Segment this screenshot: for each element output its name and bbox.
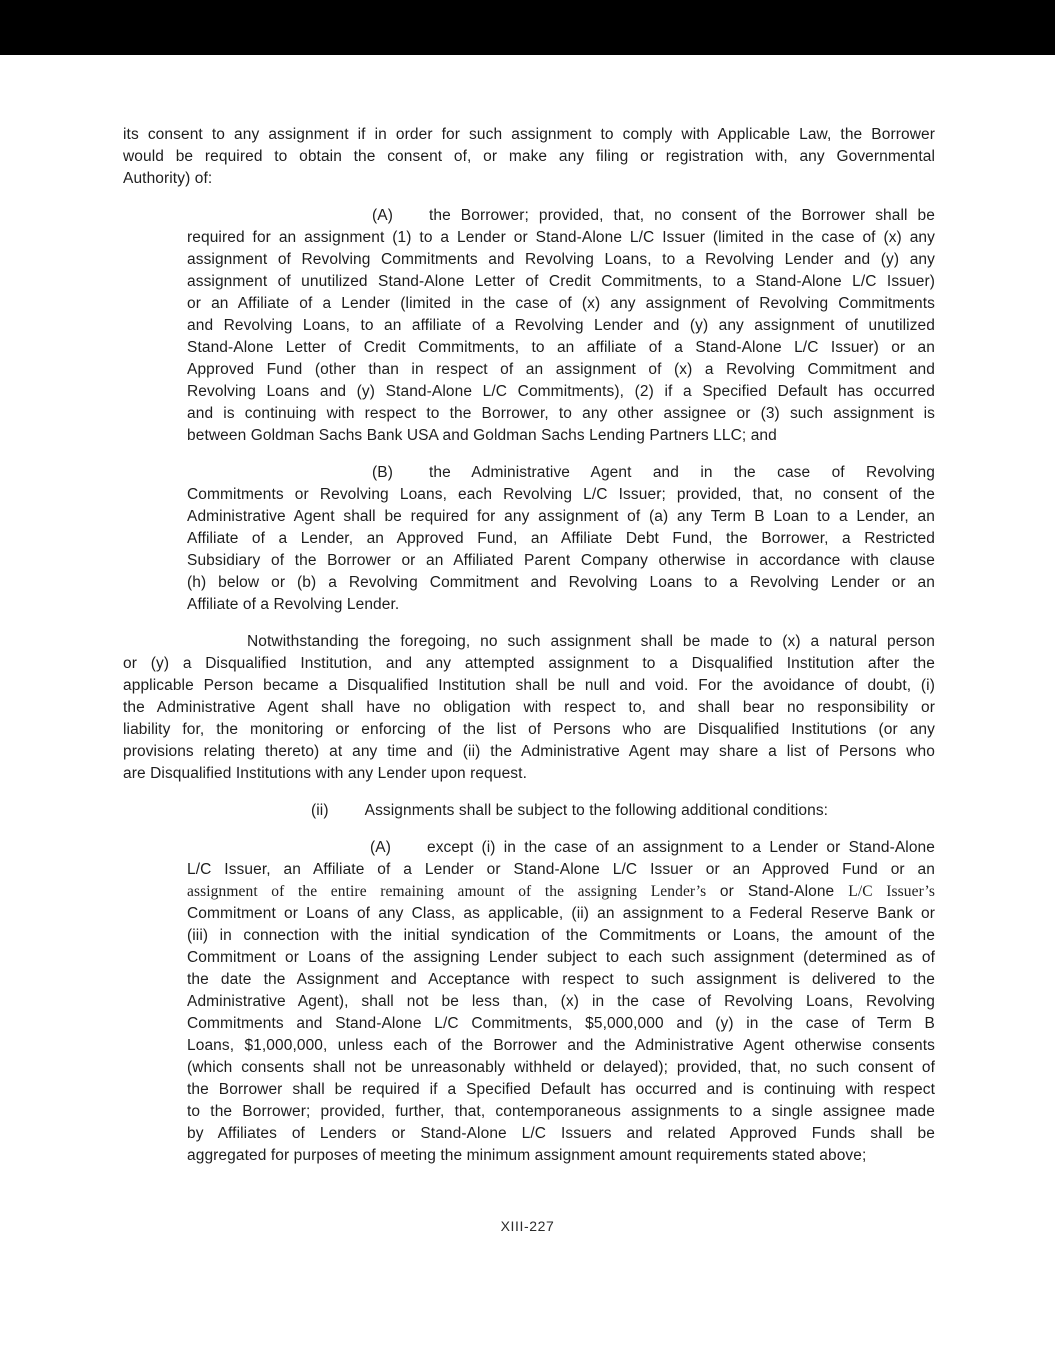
text-line: and Revolving Loans, to an affiliate of … — [187, 315, 935, 337]
text-line: its consent to any assignment if in orde… — [123, 124, 935, 146]
label-gap — [391, 837, 427, 859]
paragraph-clause-b: (B)the Administrative Agent and in the c… — [187, 462, 935, 616]
text-line: (h) below or (b) a Revolving Commitment … — [187, 572, 935, 594]
text-line: liability for, the monitoring or enforci… — [123, 719, 935, 741]
text-line: Subsidiary of the Borrower or an Affilia… — [187, 550, 935, 572]
line-text: except (i) in the case of an assignment … — [427, 837, 935, 859]
paragraph-intro-continuation: its consent to any assignment if in orde… — [123, 124, 935, 190]
text-line: (which consents shall not be unreasonabl… — [187, 1057, 935, 1079]
text-line: and is continuing with respect to the Bo… — [187, 403, 935, 425]
text-segment: or Stand-Alone — [720, 883, 848, 900]
text-line: are Disqualified Institutions with any L… — [123, 763, 935, 785]
first-line-indent — [187, 800, 311, 822]
text-segment: L/C Issuer’s — [848, 883, 935, 900]
text-line: Commitment or Loans of the assigning Len… — [187, 947, 935, 969]
clause-label: (A) — [370, 837, 391, 859]
text-line: (B)the Administrative Agent and in the c… — [187, 462, 935, 484]
text-line: Commitments and Stand-Alone L/C Commitme… — [187, 1013, 935, 1035]
clause-label: (ii) — [311, 800, 329, 822]
text-line: Notwithstanding the foregoing, no such a… — [123, 631, 935, 653]
text-line: L/C Issuer, an Affiliate of a Lender or … — [187, 859, 935, 881]
label-gap — [393, 462, 429, 484]
text-line: or (y) a Disqualified Institution, and a… — [123, 653, 935, 675]
text-line: assignment of Revolving Commitments and … — [187, 249, 935, 271]
text-line: required for an assignment (1) to a Lend… — [187, 227, 935, 249]
text-line: Commitments or Revolving Loans, each Rev… — [187, 484, 935, 506]
text-line: (A)except (i) in the case of an assignme… — [187, 837, 935, 859]
text-line: would be required to obtain the consent … — [123, 146, 935, 168]
text-line: assignment of unutilized Stand-Alone Let… — [187, 271, 935, 293]
text-line: Affiliate of a Revolving Lender. — [187, 594, 935, 616]
line-text: Assignments shall be subject to the foll… — [365, 800, 935, 822]
text-line: Loans, $1,000,000, unless each of the Bo… — [187, 1035, 935, 1057]
text-line: Administrative Agent shall be required f… — [187, 506, 935, 528]
document-body: its consent to any assignment if in orde… — [123, 124, 935, 1167]
text-line: the Borrower shall be required if a Spec… — [187, 1079, 935, 1101]
paragraph-ii-heading: (ii)Assignments shall be subject to the … — [187, 800, 935, 822]
text-line: provisions relating thereto) at any time… — [123, 741, 935, 763]
clause-label: (B) — [372, 462, 393, 484]
page-number: XIII-227 — [0, 1218, 1055, 1234]
first-line-indent — [187, 837, 370, 859]
paragraph-clause-a: (A)the Borrower; provided, that, no cons… — [187, 205, 935, 447]
text-line: Approved Fund (other than in respect of … — [187, 359, 935, 381]
text-segment: assignment of the entire remaining amoun… — [187, 883, 720, 900]
text-line: the Administrative Agent shall have no o… — [123, 697, 935, 719]
text-line: or an Affiliate of a Lender (limited in … — [187, 293, 935, 315]
text-line: Stand-Alone Letter of Credit Commitments… — [187, 337, 935, 359]
first-line-indent — [123, 631, 247, 653]
label-gap — [329, 800, 365, 822]
first-line-indent — [187, 462, 372, 484]
scan-artifact-bar — [0, 0, 1055, 55]
clause-label: (A) — [372, 205, 393, 227]
text-line: aggregated for purposes of meeting the m… — [187, 1145, 935, 1167]
text-line: the date the Assignment and Acceptance w… — [187, 969, 935, 991]
text-line: (iii) in connection with the initial syn… — [187, 925, 935, 947]
text-line: to the Borrower; provided, further, that… — [187, 1101, 935, 1123]
text-line: Commitment or Loans of any Class, as app… — [187, 903, 935, 925]
first-line-indent — [187, 205, 372, 227]
label-gap — [393, 205, 429, 227]
line-text: the Borrower; provided, that, no consent… — [429, 205, 935, 227]
text-line: Revolving Loans and (y) Stand-Alone L/C … — [187, 381, 935, 403]
paragraph-notwithstanding: Notwithstanding the foregoing, no such a… — [123, 631, 935, 785]
line-text: the Administrative Agent and in the case… — [429, 462, 935, 484]
text-line: Authority) of: — [123, 168, 935, 190]
text-line: (ii)Assignments shall be subject to the … — [187, 800, 935, 822]
text-line: applicable Person became a Disqualified … — [123, 675, 935, 697]
text-line: Affiliate of a Lender, an Approved Fund,… — [187, 528, 935, 550]
text-line: Administrative Agent), shall not be less… — [187, 991, 935, 1013]
document-page: its consent to any assignment if in orde… — [0, 0, 1055, 1365]
text-line: assignment of the entire remaining amoun… — [187, 881, 935, 903]
text-line: (A)the Borrower; provided, that, no cons… — [187, 205, 935, 227]
text-line: by Affiliates of Lenders or Stand-Alone … — [187, 1123, 935, 1145]
text-line: between Goldman Sachs Bank USA and Goldm… — [187, 425, 935, 447]
paragraph-clause-ii-a: (A)except (i) in the case of an assignme… — [187, 837, 935, 1167]
line-text: Notwithstanding the foregoing, no such a… — [247, 631, 935, 653]
